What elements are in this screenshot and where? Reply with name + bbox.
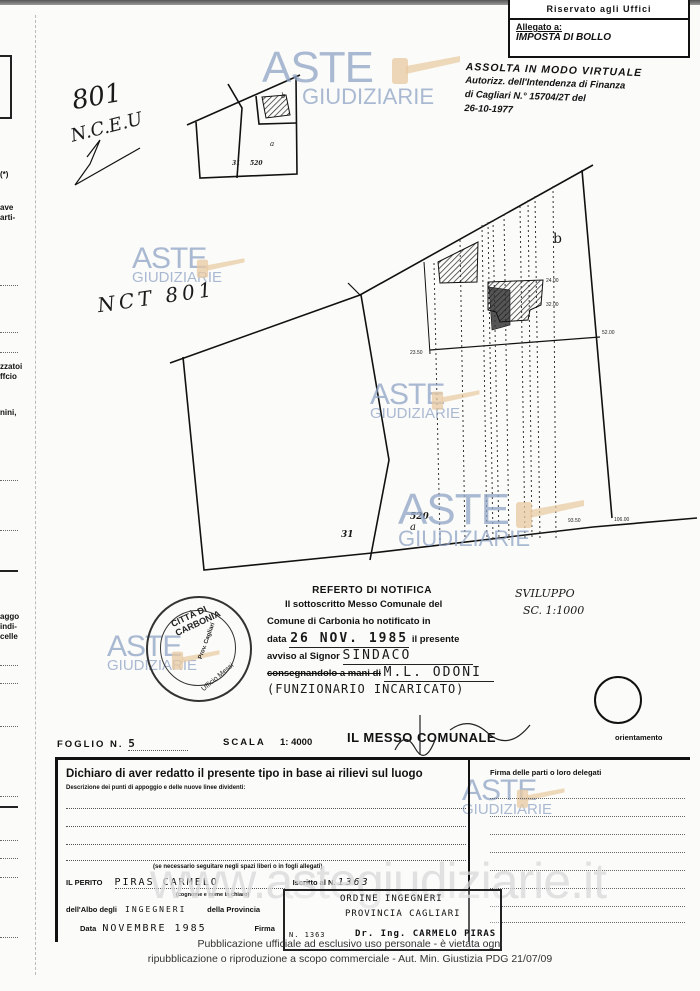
firma-parti-header: Firma delle parti o loro delegati (490, 768, 601, 777)
gavel-icon (390, 50, 460, 90)
sviluppo-note: SVILUPPO SC. 1:1000 (515, 587, 584, 617)
gavel-icon (431, 386, 480, 414)
description-line (66, 826, 466, 827)
description-label: Descrizione dei punti di appoggio e dell… (66, 785, 245, 791)
data-label: Data (80, 924, 96, 933)
footer-line1: Pubblicazione ufficiale ad esclusivo uso… (0, 938, 700, 950)
referto-recipient-prefix: avviso al Signor (267, 651, 340, 662)
parcel-number-31: 31 (341, 530, 354, 540)
messo-signature (390, 710, 550, 760)
referto-delegate: M.L. ODONI (384, 664, 494, 682)
firma-line (490, 922, 685, 923)
parcel-label-b: b (553, 231, 562, 247)
inset-label-a: a (270, 140, 274, 148)
scala-label: SCALA (223, 737, 265, 748)
svg-text:24.00: 24.00 (546, 278, 559, 284)
firma-line (490, 834, 685, 835)
scala-value: 1: 4000 (280, 737, 312, 748)
referto-date-line: data 26 NOV. 1985 il presente (267, 630, 507, 647)
inset-number-520: 520 (250, 160, 263, 167)
referto-title: REFERTO DI NOTIFICA (237, 585, 507, 596)
sviluppo-label: SVILUPPO (515, 587, 584, 600)
referto-date-suffix: il presente (412, 634, 460, 645)
inset-number-31: 31 (232, 160, 240, 167)
referto-notifica: REFERTO DI NOTIFICA Il sottoscritto Mess… (267, 585, 507, 698)
foglio-value: 5 (128, 737, 188, 751)
referto-delegate-line: consegnandolo a mani di M.L. ODONI (267, 664, 507, 681)
gavel-icon (514, 494, 584, 534)
referto-delegate-role: (FUNZIONARIO INCARICATO) (267, 681, 507, 698)
svg-text:52.00: 52.00 (602, 330, 615, 336)
referto-date-prefix: data (267, 634, 287, 645)
svg-text:106.00: 106.00 (614, 517, 630, 523)
referto-recipient-line: avviso al Signor SINDACO (267, 647, 507, 664)
orientation-circle (594, 676, 642, 724)
foglio-label: FOGLIO N. (57, 739, 124, 750)
foglio-field: FOGLIO N. 5 (57, 737, 188, 751)
svg-text:23.50: 23.50 (410, 350, 423, 356)
albo-label: dell'Albo degli (66, 905, 117, 914)
gavel-icon (196, 254, 245, 282)
orientation-label: orientamento (615, 733, 663, 742)
ordine-line2: PROVINCIA CAGLIARI (345, 909, 461, 919)
watermark-logo: ASTE GIUDIZIARIE (398, 488, 530, 550)
data-row: Data NOVEMBRE 1985 Firma (80, 923, 275, 934)
municipal-stamp: CITTÀ DI CARBONIA Prov. Cagliari Ufficio… (146, 596, 252, 702)
sviluppo-scale: SC. 1:1000 (523, 604, 584, 617)
description-line (66, 844, 466, 845)
declaration-text: Dichiaro di aver redatto il presente tip… (66, 768, 423, 780)
data-value: NOVEMBRE 1985 (102, 923, 252, 934)
firma-label: Firma (254, 924, 274, 933)
ordine-line1: ORDINE INGEGNERI (340, 894, 443, 904)
firma-line (490, 798, 685, 799)
footer-line2: ripubblicazione o riproduzione a scopo c… (0, 953, 700, 965)
watermark-brand-bottom: GIUDIZIARIE (398, 528, 530, 550)
scala-field: SCALA 1: 4000 (223, 737, 312, 748)
referto-date: 26 NOV. 1985 (289, 630, 409, 648)
referto-recipient: SINDACO (343, 647, 473, 665)
referto-line: Il sottoscritto Messo Comunale del (267, 596, 507, 613)
svg-text:32.00: 32.00 (546, 302, 559, 308)
referto-delegate-prefix: consegnandolo a mani di (267, 668, 381, 679)
description-line (66, 808, 466, 809)
referto-line: Comune di Carbonia ho notificato in (267, 613, 507, 630)
perito-label: IL PERITO (66, 878, 102, 887)
firma-line (490, 816, 685, 817)
